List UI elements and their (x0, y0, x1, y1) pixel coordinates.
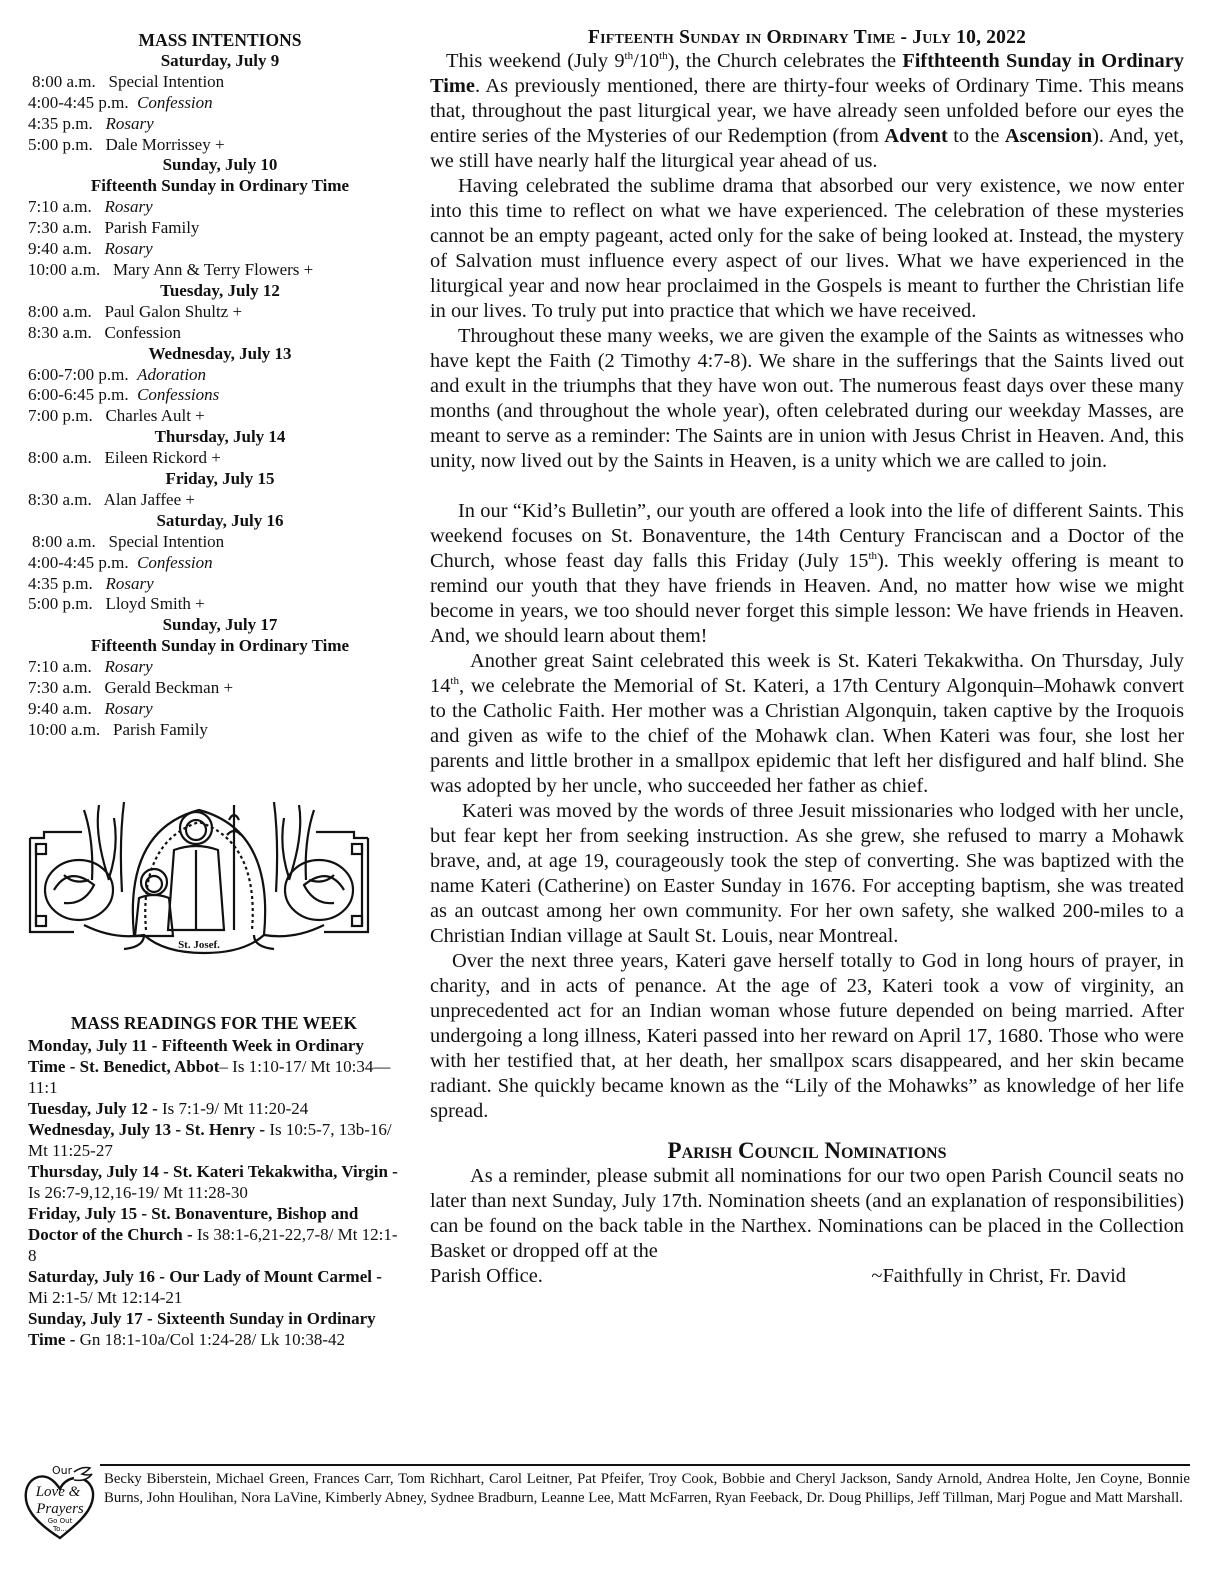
reading-item: Wednesday, July 13 - St. Henry - Is 10:5… (28, 1119, 400, 1161)
mass-intentions-title: MASS INTENTIONS (28, 30, 412, 51)
article-paragraph-1: This weekend (July 9th/10th), the Church… (430, 49, 1184, 174)
reading-day: Thursday, July 14 - St. Kateri Tekakwith… (28, 1162, 398, 1181)
intention-text: Rosary (105, 239, 153, 258)
mass-readings-list: Monday, July 11 - Fifteenth Week in Ordi… (28, 1035, 400, 1350)
mass-intentions-list: Saturday, July 98:00 a.m. Special Intent… (28, 51, 412, 741)
intention-time: 7:30 a.m. (28, 218, 92, 239)
intention-time: 10:00 a.m. (28, 260, 100, 281)
intention-row: 5:00 p.m. Lloyd Smith + (28, 594, 412, 615)
intention-text: Confession (137, 93, 213, 112)
reading-item: Thursday, July 14 - St. Kateri Tekakwith… (28, 1161, 400, 1203)
intention-row: 10:00 a.m. Parish Family (28, 720, 412, 741)
intention-row: 4:35 p.m. Rosary (28, 574, 412, 595)
intention-day-heading: Saturday, July 9 (28, 51, 412, 72)
intention-text: Alan Jaffee + (104, 490, 195, 509)
intention-time: 4:00-4:45 p.m. (28, 93, 129, 114)
intention-text: Charles Ault + (105, 406, 204, 425)
parish-council-body: As a reminder, please submit all nominat… (430, 1164, 1184, 1264)
intention-text: Paul Galon Shultz + (105, 302, 243, 321)
st-joseph-illustration: St. Josef. (24, 790, 374, 955)
article-paragraph-4: In our “Kid’s Bulletin”, our youth are o… (430, 499, 1184, 649)
reading-item: Monday, July 11 - Fifteenth Week in Ordi… (28, 1035, 400, 1098)
intention-row: 8:00 a.m. Special Intention (28, 532, 412, 553)
parish-office-text: Parish Office. (430, 1264, 543, 1289)
intention-row: 7:10 a.m. Rosary (28, 657, 412, 678)
intention-row: 8:00 a.m. Special Intention (28, 72, 412, 93)
intention-row: 4:00-4:45 p.m. Confession (28, 93, 412, 114)
intention-time: 5:00 p.m. (28, 135, 93, 156)
intention-day-heading: Sunday, July 10 (28, 155, 412, 176)
logo-text-love: Love & (35, 1484, 81, 1500)
intention-row: 4:00-4:45 p.m. Confession (28, 553, 412, 574)
article-paragraph-6: Kateri was moved by the words of three J… (430, 799, 1184, 949)
intention-row: 6:00-6:45 p.m. Confessions (28, 385, 412, 406)
logo-text-go-out: Go Out (48, 1517, 73, 1525)
intention-row: 8:00 a.m. Paul Galon Shultz + (28, 302, 412, 323)
intention-time: 8:00 a.m. (28, 302, 92, 323)
intention-day-subtitle: Fifteenth Sunday in Ordinary Time (28, 636, 412, 657)
intention-row: 10:00 a.m. Mary Ann & Terry Flowers + (28, 260, 412, 281)
reading-day: Saturday, July 16 - Our Lady of Mount Ca… (28, 1267, 382, 1286)
intention-day-heading: Sunday, July 17 (28, 615, 412, 636)
intention-time: 8:30 a.m. (28, 490, 92, 511)
mass-readings: MASS READINGS FOR THE WEEK Monday, July … (28, 1013, 400, 1350)
article-paragraph-2: Having celebrated the sublime drama that… (430, 174, 1184, 324)
intention-text: Rosary (105, 197, 153, 216)
intention-text: Parish Family (113, 720, 208, 739)
reading-day: Wednesday, July 13 - St. Henry - (28, 1120, 269, 1139)
article-paragraph-5: Another great Saint celebrated this week… (430, 649, 1184, 799)
intention-time: 8:30 a.m. (28, 323, 92, 344)
footer-divider (100, 1464, 1190, 1466)
intention-row: 8:00 a.m. Eileen Rickord + (28, 448, 412, 469)
article-paragraph-3: Throughout these many weeks, we are give… (430, 324, 1184, 474)
intention-text: Special Intention (109, 532, 225, 551)
prayer-list-names: Becky Biberstein, Michael Green, Frances… (104, 1470, 1190, 1507)
intention-text: Dale Morrissey + (105, 135, 224, 154)
reading-citation: Is 7:1-9/ Mt 11:20-24 (162, 1099, 308, 1118)
intention-row: 7:30 a.m. Gerald Beckman + (28, 678, 412, 699)
reading-item: Friday, July 15 - St. Bonaventure, Bisho… (28, 1203, 400, 1266)
reading-item: Saturday, July 16 - Our Lady of Mount Ca… (28, 1266, 400, 1308)
intention-day-heading: Wednesday, July 13 (28, 344, 412, 365)
intention-text: Confession (105, 323, 182, 342)
intention-text: Rosary (105, 574, 153, 593)
intention-time: 7:00 p.m. (28, 406, 93, 427)
intention-time: 9:40 a.m. (28, 239, 92, 260)
intention-time: 4:00-4:45 p.m. (28, 553, 129, 574)
article-paragraph-7: Over the next three years, Kateri gave h… (430, 949, 1184, 1124)
pastor-article: Fifteenth Sunday in Ordinary Time - July… (430, 27, 1184, 1289)
reading-citation: Mi 2:1-5/ Mt 12:14-21 (28, 1288, 182, 1307)
signature-line: Parish Office. ~Faithfully in Christ, Fr… (430, 1264, 1184, 1289)
intention-time: 8:00 a.m. (32, 532, 96, 553)
intention-time: 8:00 a.m. (32, 72, 96, 93)
reading-day: Tuesday, July 12 - (28, 1099, 162, 1118)
intention-text: Lloyd Smith + (105, 594, 204, 613)
parish-council-title: Parish Council Nominations (430, 1138, 1184, 1164)
intention-time: 6:00-6:45 p.m. (28, 385, 129, 406)
intention-text: Rosary (105, 114, 153, 133)
reading-item: Tuesday, July 12 - Is 7:1-9/ Mt 11:20-24 (28, 1098, 400, 1119)
st-joseph-icon: St. Josef. (24, 790, 374, 955)
intention-text: Gerald Beckman + (105, 678, 234, 697)
intention-row: 8:30 a.m. Alan Jaffee + (28, 490, 412, 511)
mass-readings-title: MASS READINGS FOR THE WEEK (28, 1013, 400, 1034)
logo-text-to: To... (52, 1525, 67, 1533)
logo-text-prayers: Prayers (35, 1501, 84, 1517)
intention-day-heading: Friday, July 15 (28, 469, 412, 490)
reading-citation: Gn 18:1-10a/Col 1:24-28/ Lk 10:38-42 (80, 1330, 345, 1349)
intention-text: Mary Ann & Terry Flowers + (113, 260, 313, 279)
intention-time: 7:10 a.m. (28, 657, 92, 678)
intention-row: 4:35 p.m. Rosary (28, 114, 412, 135)
intention-time: 6:00-7:00 p.m. (28, 365, 129, 386)
intention-row: 8:30 a.m. Confession (28, 323, 412, 344)
intention-row: 7:10 a.m. Rosary (28, 197, 412, 218)
intention-time: 9:40 a.m. (28, 699, 92, 720)
intention-row: 9:40 a.m. Rosary (28, 239, 412, 260)
intention-text: Rosary (105, 699, 153, 718)
intention-text: Confession (137, 553, 213, 572)
illustration-caption: St. Josef. (178, 939, 220, 951)
intention-text: Parish Family (105, 218, 200, 237)
reading-citation: Is 26:7-9,12,16-19/ Mt 11:28-30 (28, 1183, 248, 1202)
heart-dove-logo-icon: Our Love & Prayers Go Out To... (22, 1462, 98, 1542)
intention-row: 7:30 a.m. Parish Family (28, 218, 412, 239)
intention-row: 9:40 a.m. Rosary (28, 699, 412, 720)
intention-time: 4:35 p.m. (28, 574, 93, 595)
article-title: Fifteenth Sunday in Ordinary Time - July… (430, 27, 1184, 49)
reading-item: Sunday, July 17 - Sixteenth Sunday in Or… (28, 1308, 400, 1350)
intention-time: 4:35 p.m. (28, 114, 93, 135)
intention-row: 7:00 p.m. Charles Ault + (28, 406, 412, 427)
intention-text: Confessions (137, 385, 219, 404)
intention-day-heading: Thursday, July 14 (28, 427, 412, 448)
intention-text: Special Intention (109, 72, 225, 91)
intention-day-heading: Tuesday, July 12 (28, 281, 412, 302)
intention-row: 6:00-7:00 p.m. Adoration (28, 365, 412, 386)
intention-day-subtitle: Fifteenth Sunday in Ordinary Time (28, 176, 412, 197)
intention-time: 5:00 p.m. (28, 594, 93, 615)
intention-text: Adoration (137, 365, 206, 384)
mass-intentions: MASS INTENTIONS Saturday, July 98:00 a.m… (28, 30, 412, 741)
intention-time: 7:10 a.m. (28, 197, 92, 218)
intention-time: 8:00 a.m. (28, 448, 92, 469)
intention-row: 5:00 p.m. Dale Morrissey + (28, 135, 412, 156)
intention-day-heading: Saturday, July 16 (28, 511, 412, 532)
intention-text: Eileen Rickord + (105, 448, 221, 467)
logo-text-our: Our (52, 1464, 73, 1477)
intention-time: 10:00 a.m. (28, 720, 100, 741)
intention-text: Rosary (105, 657, 153, 676)
intention-time: 7:30 a.m. (28, 678, 92, 699)
signature: ~Faithfully in Christ, Fr. David (871, 1264, 1184, 1289)
